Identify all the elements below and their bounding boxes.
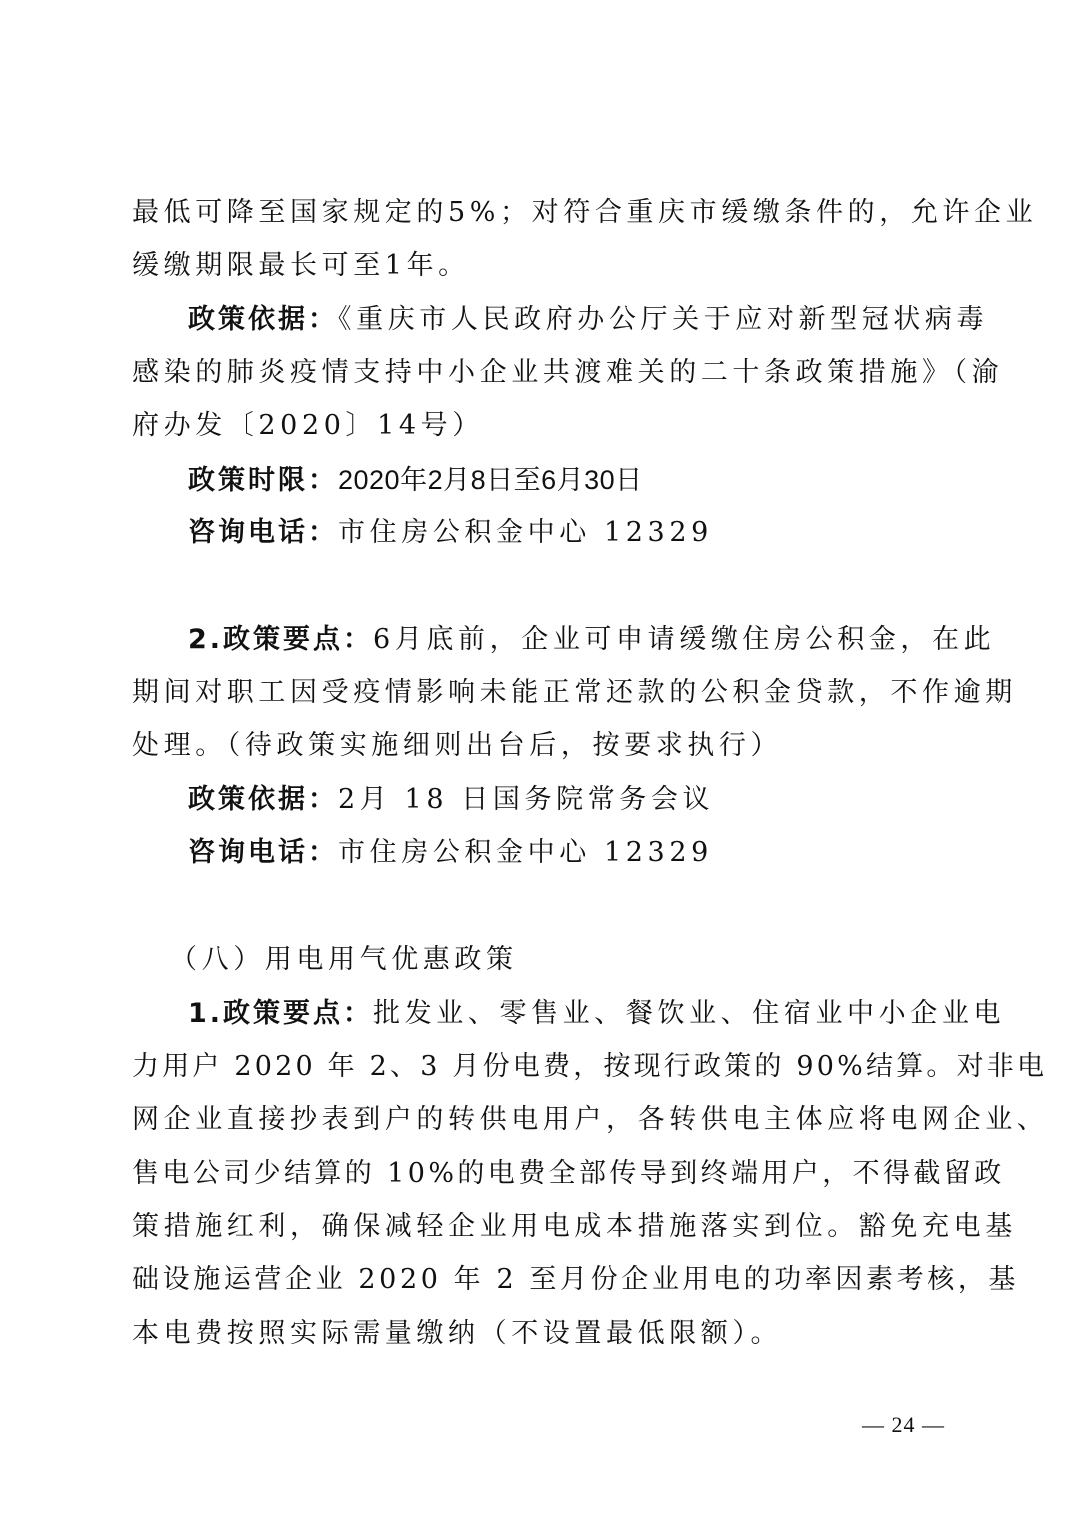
policy-point-line: 1.政策要点：批发业、零售业、餐饮业、住宿业中小企业电	[188, 998, 1005, 1030]
policy-point-line: 2.政策要点：6月底前，企业可申请缓缴住房公积金，在此	[188, 624, 995, 656]
paragraph-line: 本电费按照实际需量缴纳（不设置最低限额）。	[132, 1318, 782, 1350]
page-number: — 24 —	[862, 1412, 945, 1438]
paragraph-line: 策措施红利，确保减轻企业用电成本措施落实到位。豁免充电基	[132, 1211, 1017, 1243]
policy-basis-line: 政策依据：《重庆市人民政府办公厅关于应对新型冠状病毒	[188, 304, 988, 336]
contact-phone-label: 咨询电话：	[188, 837, 338, 868]
paragraph-line: 处理。（待政策实施细则出台后，按要求执行）	[132, 730, 782, 762]
contact-phone-line: 咨询电话：市住房公积金中心 12329	[188, 517, 713, 549]
policy-basis-line: 感染的肺炎疫情支持中小企业共渡难关的二十条政策措施》（渝	[132, 357, 1003, 389]
paragraph-line: 缓缴期限最长可至1年。	[132, 250, 470, 282]
policy-point-text: 6月底前，企业可申请缓缴住房公积金，在此	[373, 624, 995, 655]
paragraph-line: 最低可降至国家规定的5%；对符合重庆市缓缴条件的，允许企业	[132, 197, 1037, 229]
policy-basis-line: 府办发〔2020〕14号）	[132, 410, 484, 442]
contact-phone-line: 咨询电话：市住房公积金中心 12329	[188, 837, 713, 869]
policy-basis-text: 2月 18 日国务院常务会议	[338, 784, 714, 815]
paragraph-line: 售电公司少结算的 10%的电费全部传导到终端用户，不得截留政	[132, 1158, 1005, 1190]
section-heading: （八）用电用气优惠政策	[170, 944, 518, 976]
policy-point-text: 批发业、零售业、餐饮业、住宿业中小企业电	[373, 998, 1005, 1029]
policy-point-label: 1.政策要点：	[188, 998, 373, 1029]
paragraph-line: 网企业直接抄表到户的转供电用户，各转供电主体应将电网企业、	[132, 1104, 1048, 1136]
policy-time-limit-label: 政策时限：	[188, 465, 338, 496]
contact-phone-value: 市住房公积金中心 12329	[338, 517, 713, 548]
policy-basis-label: 政策依据：	[188, 784, 338, 815]
policy-time-limit-line: 政策时限：2020年2月8日至6月30日	[188, 464, 643, 497]
policy-time-limit-value: 2020年2月8日至6月30日	[338, 465, 643, 495]
contact-phone-label: 咨询电话：	[188, 517, 338, 548]
paragraph-line: 础设施运营企业 2020 年 2 至月份企业用电的功率因素考核，基	[132, 1264, 1019, 1296]
paragraph-line: 力用户 2020 年 2、3 月份电费，按现行政策的 90%结算。对非电	[132, 1051, 1047, 1083]
document-page: 最低可降至国家规定的5%；对符合重庆市缓缴条件的，允许企业 缓缴期限最长可至1年…	[0, 0, 1075, 1520]
policy-basis-text: 《重庆市人民政府办公厅关于应对新型冠状病毒	[338, 304, 988, 335]
policy-point-label: 2.政策要点：	[188, 624, 373, 655]
policy-basis-line: 政策依据：2月 18 日国务院常务会议	[188, 784, 714, 816]
paragraph-line: 期间对职工因受疫情影响未能正常还款的公积金贷款，不作逾期	[132, 677, 1017, 709]
policy-basis-label: 政策依据：	[188, 304, 338, 335]
contact-phone-value: 市住房公积金中心 12329	[338, 837, 713, 868]
